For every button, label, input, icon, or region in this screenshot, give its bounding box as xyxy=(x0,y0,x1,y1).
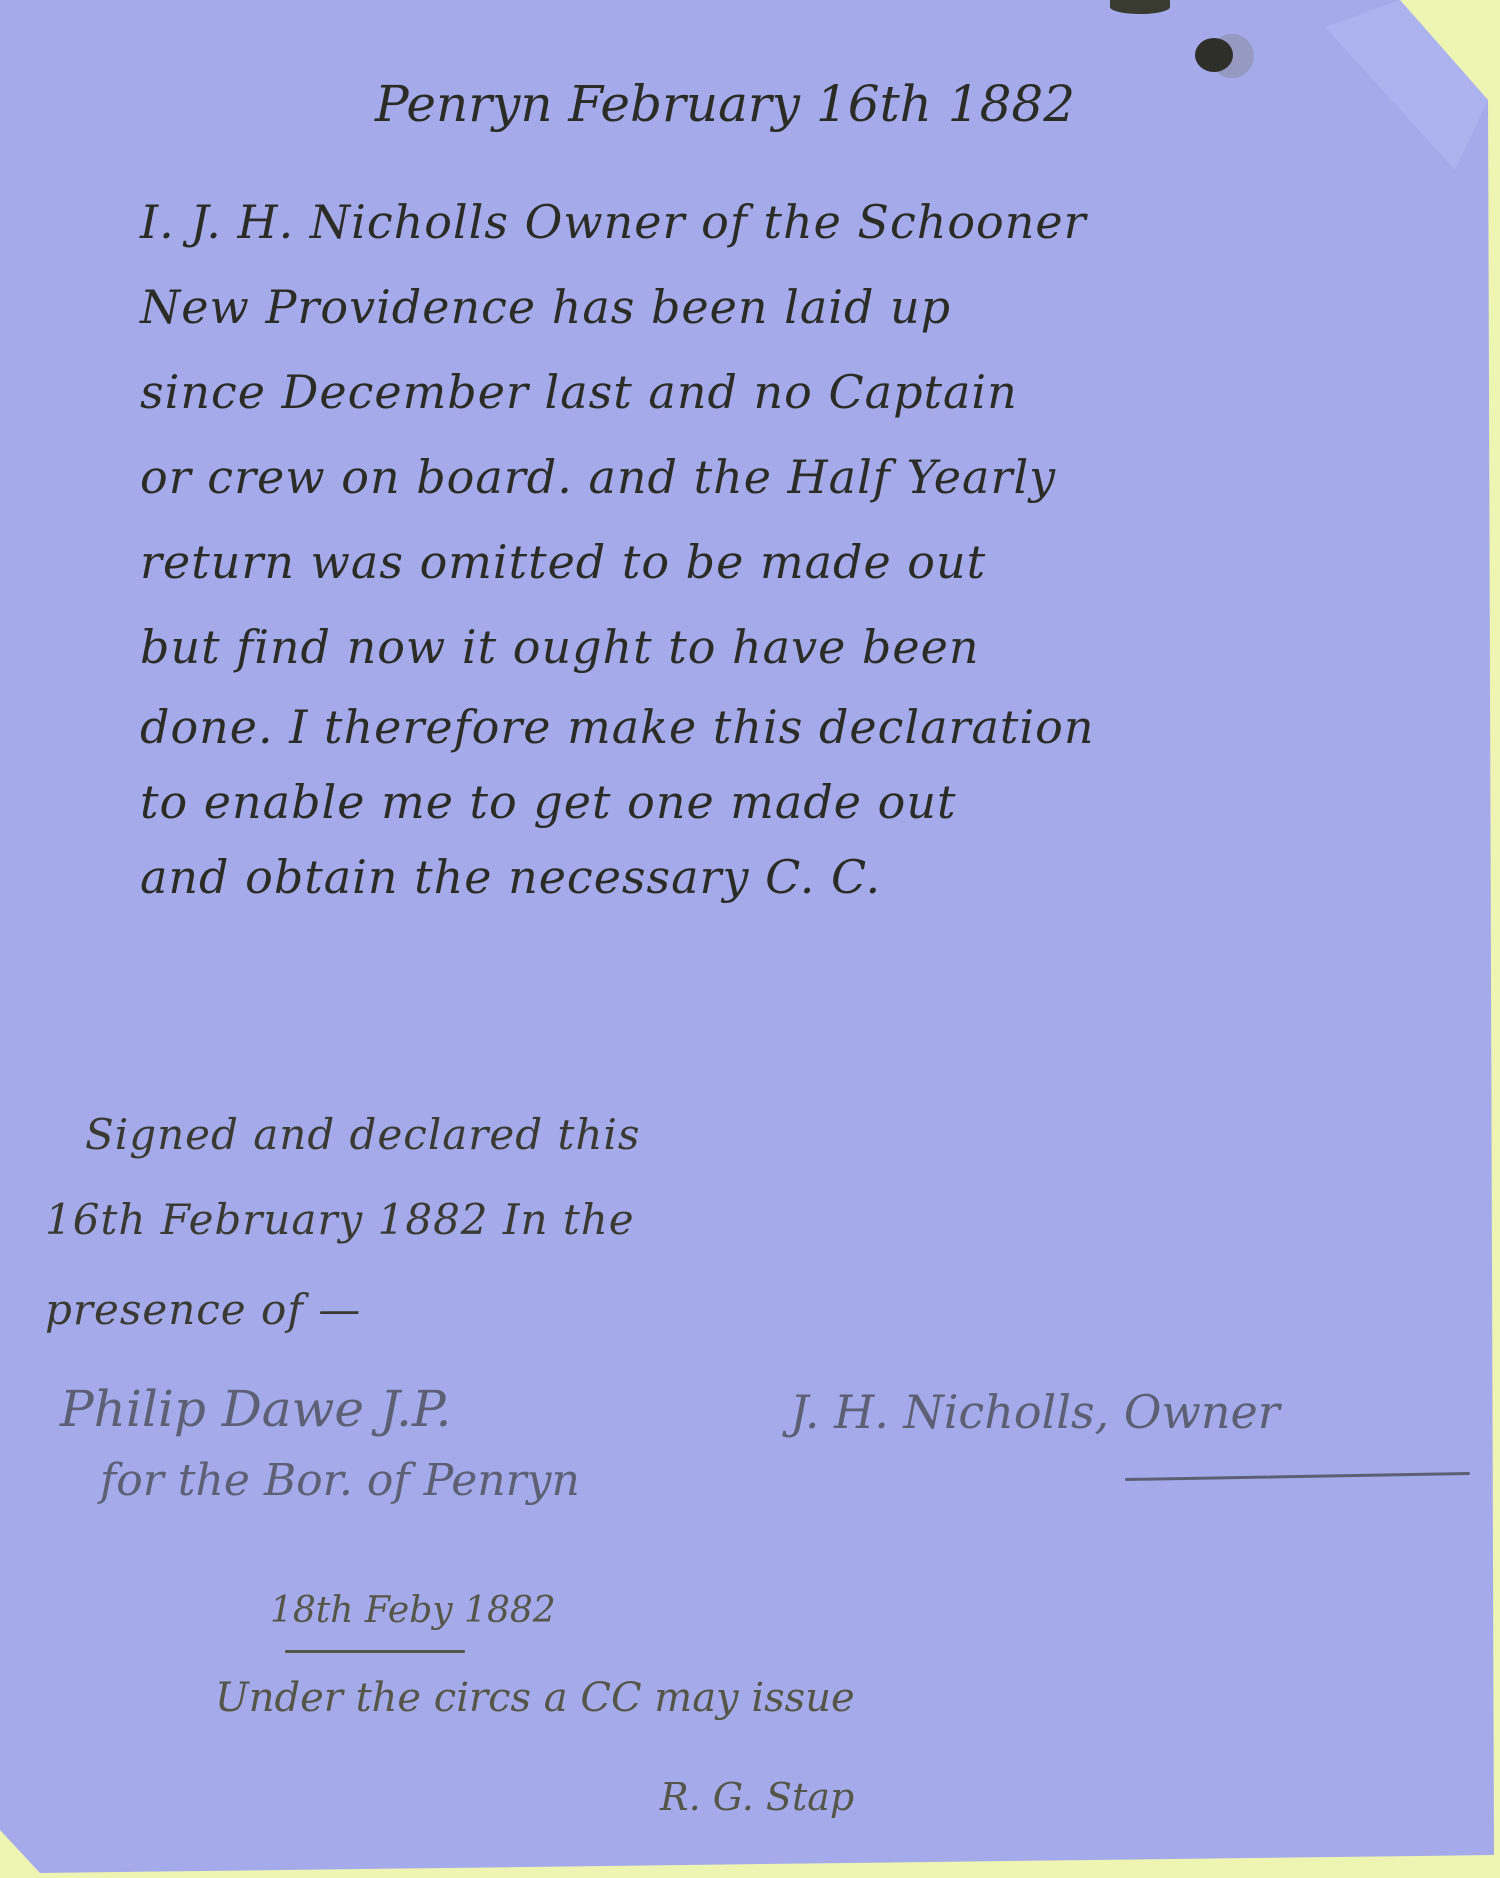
body-line: return was omitted to be made out xyxy=(140,535,986,589)
endorsement-date: 18th Feby 1882 xyxy=(270,1590,556,1631)
witness-title: for the Bor. of Penryn xyxy=(100,1455,580,1506)
body-line: since December last and no Captain xyxy=(140,365,1018,419)
body-line: New Providence has been laid up xyxy=(140,280,951,334)
ink-blot-top xyxy=(1110,0,1170,14)
witness-signature: Philip Dawe J.P. xyxy=(60,1380,451,1438)
body-line: and obtain the necessary C. C. xyxy=(140,850,881,904)
body-line: but find now it ought to have been xyxy=(140,620,979,674)
date-underline xyxy=(285,1650,465,1653)
body-line: done. I therefore make this declaration xyxy=(140,700,1094,754)
attestation-line: 16th February 1882 In the xyxy=(45,1195,635,1244)
attestation-line: Signed and declared this xyxy=(85,1110,640,1159)
endorsement-initials: R. G. Stap xyxy=(660,1775,854,1819)
ink-blot xyxy=(1195,38,1233,72)
heading-place-date: Penryn February 16th 1882 xyxy=(375,75,1075,133)
endorsement-note: Under the circs a CC may issue xyxy=(215,1675,855,1721)
attestation-line: presence of — xyxy=(45,1285,361,1334)
body-line: I. J. H. Nicholls Owner of the Schooner xyxy=(140,195,1087,249)
body-line: or crew on board. and the Half Yearly xyxy=(140,450,1056,504)
declarant-signature: J. H. Nicholls, Owner xyxy=(790,1385,1280,1439)
body-line: to enable me to get one made out xyxy=(140,775,956,829)
